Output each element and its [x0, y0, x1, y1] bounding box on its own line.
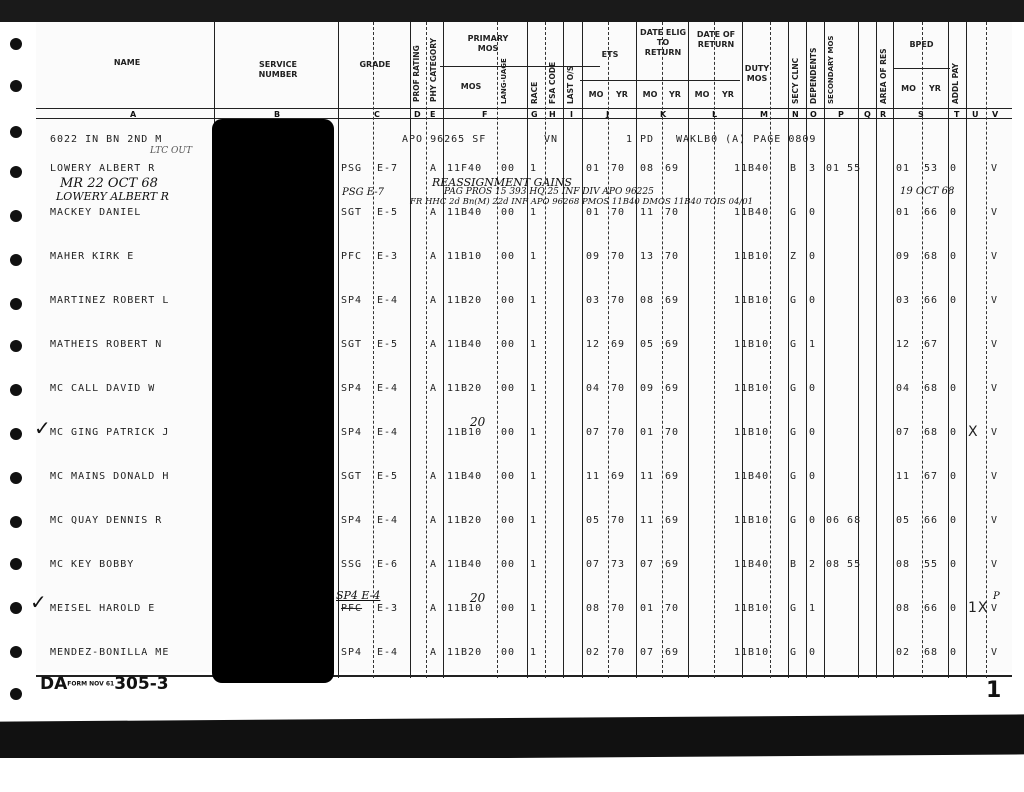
row-dependents: 0	[809, 515, 816, 526]
row-elig-mo: 01	[640, 603, 654, 614]
row-name: MC MAINS DONALD H	[50, 471, 169, 482]
row-paygrade: E-6	[377, 559, 398, 570]
row-v: V	[991, 647, 998, 658]
row-elig-yr: 69	[665, 339, 679, 350]
row-secondary-mos: 01 55	[826, 163, 861, 174]
row-grade: SP4	[341, 383, 362, 394]
handwritten-name: LOWERY ALBERT R	[56, 190, 169, 203]
row-ets-mo: 05	[586, 515, 600, 526]
row-elig-mo: 05	[640, 339, 654, 350]
row-language: 00	[501, 559, 515, 570]
unit-apo: APO 96265 SF	[402, 134, 486, 145]
row-dependents: 2	[809, 559, 816, 570]
row-v: V	[991, 559, 998, 570]
row-bped-yr: 67	[924, 339, 938, 350]
row-grade: SGT	[341, 471, 362, 482]
row-bped-yr: 67	[924, 471, 938, 482]
row-dependents: 1	[809, 339, 816, 350]
col-letter: S	[918, 110, 924, 119]
header-elig-yr: YR	[662, 90, 688, 100]
col-letter: U	[972, 110, 979, 119]
col-letter: R	[880, 110, 886, 119]
row-mark: 1X	[968, 600, 989, 616]
row-paygrade: E-4	[377, 383, 398, 394]
page-number: 1	[986, 678, 1001, 703]
row-paygrade: E-5	[377, 207, 398, 218]
row-dependents: 0	[809, 471, 816, 482]
punch-hole	[10, 602, 22, 614]
row-elig-yr: 70	[665, 251, 679, 262]
header-date-of-return: DATE OF RETURN	[690, 30, 742, 50]
row-language: 00	[501, 603, 515, 614]
row-duty-mos: 11B40	[734, 471, 769, 482]
row-paygrade: E-5	[377, 471, 398, 482]
row-grade: SGT	[341, 207, 362, 218]
header-mos: MOS	[446, 82, 496, 92]
row-elig-yr: 70	[665, 603, 679, 614]
row-ets-mo: 04	[586, 383, 600, 394]
row-duty-mos: 11B40	[734, 163, 769, 174]
row-secondary-mos: 06 68	[826, 515, 861, 526]
row-bped-mo: 09	[896, 251, 910, 262]
punch-hole	[10, 558, 22, 570]
row-bped-mo: 01	[896, 163, 910, 174]
row-ets-mo: 07	[586, 427, 600, 438]
header-name: NAME	[40, 58, 214, 68]
row-race: 1	[530, 251, 537, 262]
header-race: RACE	[530, 74, 539, 104]
row-bped-mo: 02	[896, 647, 910, 658]
row-secy-clnc: G	[790, 603, 797, 614]
punch-hole	[10, 126, 22, 138]
row-addl-pay: 0	[950, 207, 957, 218]
row-addl-pay: 0	[950, 647, 957, 658]
row-elig-yr: 70	[665, 207, 679, 218]
row-dependents: 0	[809, 295, 816, 306]
row-elig-mo: 07	[640, 647, 654, 658]
row-dependents: 0	[809, 207, 816, 218]
row-paygrade: E-4	[377, 427, 398, 438]
row-mos: 11B20	[447, 647, 482, 658]
header-date-elig-return: DATE ELIG TO RETURN	[638, 28, 688, 58]
row-bped-mo: 11	[896, 471, 910, 482]
row-name: MARTINEZ ROBERT L	[50, 295, 169, 306]
row-race: 1	[530, 603, 537, 614]
row-duty-mos: 11B10	[734, 427, 769, 438]
checkmark-icon: ✓	[34, 416, 51, 440]
header-secondary-mos: SECONDARY MOS	[827, 38, 835, 104]
row-grade: PFC	[341, 251, 362, 262]
row-mos: 11F40	[447, 163, 482, 174]
row-bped-mo: 04	[896, 383, 910, 394]
header-secy-clnc: SECY CLNC	[791, 36, 800, 104]
row-phy-category: A	[430, 339, 437, 350]
row-bped-mo: 01	[896, 207, 910, 218]
header-ets-mo: MO	[584, 90, 608, 100]
row-duty-mos: 11B10	[734, 603, 769, 614]
unit-station-page: WAKLB0 (A) PAGE 0809	[676, 134, 816, 145]
row-bped-mo: 07	[896, 427, 910, 438]
row-bped-yr: 68	[924, 647, 938, 658]
row-name: MC CALL DAVID W	[50, 383, 155, 394]
form-small-print: FORM NOV 61	[67, 681, 114, 688]
row-race: 1	[530, 427, 537, 438]
handwritten-line3: FR HHC 2d Bn(M) 22d INF APO 96268 PMOS 1…	[410, 197, 753, 207]
row-mos: 11B40	[447, 471, 482, 482]
row-elig-yr: 69	[665, 163, 679, 174]
row-language: 00	[501, 427, 515, 438]
punch-hole	[10, 472, 22, 484]
header-duty-mos: DUTY MOS	[744, 64, 770, 84]
handwritten-mos-correction: 20	[470, 591, 485, 605]
row-secy-clnc: G	[790, 207, 797, 218]
header-grade: GRADE	[340, 60, 410, 70]
col-letter: G	[531, 110, 538, 119]
row-addl-pay: 0	[950, 163, 957, 174]
row-ets-mo: 01	[586, 163, 600, 174]
row-grade: SGT	[341, 339, 362, 350]
form-number: 305-3	[114, 674, 168, 694]
scan-bottom-border	[0, 714, 1024, 761]
row-elig-mo: 11	[640, 515, 654, 526]
row-language: 00	[501, 207, 515, 218]
row-name: MATHEIS ROBERT N	[50, 339, 162, 350]
row-race: 1	[530, 339, 537, 350]
col-letter: F	[482, 110, 487, 119]
row-name: MEISEL HAROLD E	[50, 603, 155, 614]
row-paygrade: E-3	[377, 251, 398, 262]
col-letter: J	[606, 110, 609, 119]
row-phy-category: A	[430, 207, 437, 218]
row-addl-pay: 0	[950, 471, 957, 482]
header-addl-pay: ADDL PAY	[951, 56, 960, 104]
header-last-os: LAST O/S	[566, 54, 575, 104]
row-secy-clnc: G	[790, 295, 797, 306]
row-language: 00	[501, 251, 515, 262]
row-addl-pay: 0	[950, 295, 957, 306]
row-dependents: 0	[809, 427, 816, 438]
primary-mos-rule	[440, 66, 600, 67]
row-secondary-mos: 08 55	[826, 559, 861, 570]
scan-margin	[0, 758, 1024, 792]
row-ets-yr: 70	[611, 163, 625, 174]
header-elig-mo: MO	[638, 90, 662, 100]
row-v: V	[991, 427, 998, 438]
row-secy-clnc: B	[790, 559, 797, 570]
row-paygrade: E-7	[377, 163, 398, 174]
row-secy-clnc: B	[790, 163, 797, 174]
row-name: MACKEY DANIEL	[50, 207, 141, 218]
redaction-block	[212, 119, 334, 683]
row-mos: 11B40	[447, 339, 482, 350]
row-v: V	[991, 295, 998, 306]
col-letter: M	[760, 110, 768, 119]
row-race: 1	[530, 295, 537, 306]
row-language: 00	[501, 383, 515, 394]
row-duty-mos: 11B10	[734, 383, 769, 394]
scan-top-border	[0, 0, 1024, 22]
row-addl-pay: 0	[950, 603, 957, 614]
row-name: MC KEY BOBBY	[50, 559, 134, 570]
row-elig-yr: 69	[665, 515, 679, 526]
row-bped-yr: 68	[924, 427, 938, 438]
row-name: MAHER KIRK E	[50, 251, 134, 262]
row-v: V	[991, 207, 998, 218]
col-letter: K	[660, 110, 666, 119]
row-phy-category: A	[430, 515, 437, 526]
row-language: 00	[501, 647, 515, 658]
handwritten-mr-date: MR 22 OCT 68	[60, 176, 158, 191]
row-secy-clnc: G	[790, 647, 797, 658]
col-letter: B	[274, 110, 280, 119]
punch-hole	[10, 340, 22, 352]
header-ets-yr: YR	[608, 90, 636, 100]
row-secy-clnc: G	[790, 383, 797, 394]
row-ets-yr: 70	[611, 383, 625, 394]
punch-hole	[10, 38, 22, 50]
row-race: 1	[530, 163, 537, 174]
unit-code: 1 PD	[626, 134, 654, 145]
row-name: MC GING PATRICK J	[50, 427, 169, 438]
row-bped-mo: 08	[896, 559, 910, 570]
row-duty-mos: 11B10	[734, 251, 769, 262]
punch-hole	[10, 688, 22, 700]
row-addl-pay: 0	[950, 251, 957, 262]
row-mos: 11B40	[447, 207, 482, 218]
header-return-mo: MO	[690, 90, 714, 100]
row-dependents: 3	[809, 163, 816, 174]
handwritten-grade-correction: SP4 E-4	[336, 589, 380, 602]
handwritten-line2: PAG PROS 15 393 HQ 25 INF DIV APO 96225	[444, 187, 654, 197]
col-letter: L	[712, 110, 717, 119]
header-rule	[36, 108, 1012, 109]
header-dependents: DEPENDENTS	[809, 40, 818, 104]
row-dependents: 0	[809, 383, 816, 394]
row-grade: PFC	[341, 603, 362, 614]
row-race: 1	[530, 207, 537, 218]
header-bped-mo: MO	[895, 84, 922, 94]
row-elig-yr: 70	[665, 427, 679, 438]
form-prefix: DA	[40, 674, 67, 694]
col-letter: V	[992, 110, 998, 119]
row-bped-yr: 55	[924, 559, 938, 570]
row-duty-mos: 11B10	[734, 339, 769, 350]
row-elig-yr: 69	[665, 295, 679, 306]
row-race: 1	[530, 471, 537, 482]
row-ets-yr: 70	[611, 207, 625, 218]
row-phy-category: A	[430, 603, 437, 614]
punch-hole	[10, 254, 22, 266]
row-phy-category: A	[430, 163, 437, 174]
row-elig-mo: 08	[640, 295, 654, 306]
row-language: 00	[501, 163, 515, 174]
row-bped-yr: 68	[924, 251, 938, 262]
punch-hole	[10, 384, 22, 396]
punch-hole	[10, 210, 22, 222]
row-secy-clnc: G	[790, 339, 797, 350]
row-elig-mo: 09	[640, 383, 654, 394]
row-v: V	[991, 163, 998, 174]
row-bped-mo: 08	[896, 603, 910, 614]
header-prof-rating: PROF RATING	[412, 30, 421, 102]
punch-hole	[10, 428, 22, 440]
col-letter: D	[414, 110, 421, 119]
row-addl-pay: 0	[950, 427, 957, 438]
row-grade: PSG	[341, 163, 362, 174]
col-letter: Q	[864, 110, 871, 119]
header-bped-yr: YR	[922, 84, 948, 94]
row-ets-yr: 73	[611, 559, 625, 570]
row-bped-mo: 12	[896, 339, 910, 350]
row-addl-pay: 0	[950, 515, 957, 526]
header-service-number: SERVICE NUMBER	[240, 60, 316, 80]
row-phy-category: A	[430, 471, 437, 482]
row-name: MENDEZ-BONILLA ME	[50, 647, 169, 658]
col-letter: N	[792, 110, 799, 119]
row-elig-mo: 08	[640, 163, 654, 174]
row-addl-pay: 0	[950, 559, 957, 570]
header-fsa-code: FSA CODE	[548, 52, 557, 104]
row-mos: 11B40	[447, 559, 482, 570]
row-phy-category: A	[430, 295, 437, 306]
row-elig-mo: 11	[640, 471, 654, 482]
row-ets-mo: 01	[586, 207, 600, 218]
row-ets-mo: 03	[586, 295, 600, 306]
col-letter: T	[954, 110, 959, 119]
row-addl-pay: 0	[950, 383, 957, 394]
row-ets-yr: 69	[611, 471, 625, 482]
row-v: V	[991, 339, 998, 350]
row-grade: SSG	[341, 559, 362, 570]
mo-yr-rule	[580, 80, 740, 81]
row-dependents: 0	[809, 647, 816, 658]
row-name: MC QUAY DENNIS R	[50, 515, 162, 526]
row-ets-yr: 70	[611, 647, 625, 658]
row-race: 1	[530, 559, 537, 570]
row-bped-mo: 03	[896, 295, 910, 306]
row-mark: X	[968, 424, 979, 440]
row-v: V	[991, 515, 998, 526]
col-letter: A	[130, 110, 136, 119]
row-ets-yr: 70	[611, 427, 625, 438]
row-bped-mo: 05	[896, 515, 910, 526]
handwritten-date: 19 OCT 68	[900, 186, 954, 197]
header-area-of-res: AREA OF RES	[879, 40, 888, 104]
row-elig-mo: 01	[640, 427, 654, 438]
row-bped-yr: 66	[924, 515, 938, 526]
col-letter: C	[374, 110, 380, 119]
row-bped-yr: 66	[924, 603, 938, 614]
row-paygrade: E-4	[377, 647, 398, 658]
row-ets-yr: 69	[611, 339, 625, 350]
row-grade: SP4	[341, 427, 362, 438]
row-bped-yr: 53	[924, 163, 938, 174]
row-bped-yr: 66	[924, 295, 938, 306]
row-duty-mos: 11B10	[734, 515, 769, 526]
row-mos: 11B10	[447, 251, 482, 262]
row-dependents: 0	[809, 251, 816, 262]
header-language: LANG-UAGE	[500, 70, 508, 104]
handwritten-mos-correction: 20	[470, 415, 485, 429]
row-bped-yr: 68	[924, 383, 938, 394]
punch-hole	[10, 646, 22, 658]
unit-handwritten-note: LTC OUT	[150, 146, 192, 156]
row-bped-yr: 66	[924, 207, 938, 218]
row-secy-clnc: G	[790, 515, 797, 526]
row-language: 00	[501, 515, 515, 526]
col-letter: H	[549, 110, 556, 119]
row-ets-mo: 02	[586, 647, 600, 658]
col-letter: O	[810, 110, 817, 119]
row-race: 1	[530, 647, 537, 658]
row-duty-mos: 11B40	[734, 559, 769, 570]
punch-hole	[10, 298, 22, 310]
row-phy-category: A	[430, 383, 437, 394]
col-letter: P	[838, 110, 844, 119]
row-ets-mo: 09	[586, 251, 600, 262]
row-duty-mos: 11B10	[734, 295, 769, 306]
handwritten-grade: PSG E-7	[342, 187, 384, 198]
row-ets-mo: 08	[586, 603, 600, 614]
row-language: 00	[501, 339, 515, 350]
header-primary-mos: PRIMARY MOS	[458, 34, 518, 54]
row-elig-yr: 69	[665, 647, 679, 658]
handwritten-mark-note: P	[993, 591, 1000, 602]
punch-hole	[10, 80, 22, 92]
row-elig-mo: 07	[640, 559, 654, 570]
row-paygrade: E-4	[377, 295, 398, 306]
row-secy-clnc: Z	[790, 251, 797, 262]
header-return-yr: YR	[714, 90, 742, 100]
row-mos: 11B20	[447, 515, 482, 526]
roster-sheet	[36, 22, 1012, 672]
row-ets-yr: 70	[611, 515, 625, 526]
row-ets-mo: 07	[586, 559, 600, 570]
punch-hole	[10, 516, 22, 528]
checkmark-icon: ✓	[30, 590, 47, 614]
row-paygrade: E-5	[377, 339, 398, 350]
row-elig-mo: 13	[640, 251, 654, 262]
header-phy-category: PHY CATEGORY	[429, 28, 438, 102]
row-phy-category: A	[430, 647, 437, 658]
row-ets-mo: 11	[586, 471, 600, 482]
row-race: 1	[530, 383, 537, 394]
row-duty-mos: 11B40	[734, 207, 769, 218]
row-v: V	[991, 603, 998, 614]
col-letter: I	[570, 110, 573, 119]
row-elig-mo: 11	[640, 207, 654, 218]
row-phy-category: A	[430, 559, 437, 570]
unit-country: VN	[544, 134, 558, 145]
row-dependents: 1	[809, 603, 816, 614]
row-v: V	[991, 383, 998, 394]
header-ets: ETS	[584, 50, 636, 60]
form-identifier: DAFORM NOV 61305-3	[40, 674, 169, 694]
header-bped: BPED	[895, 40, 948, 50]
row-name: LOWERY ALBERT R	[50, 163, 155, 174]
row-language: 00	[501, 295, 515, 306]
row-language: 00	[501, 471, 515, 482]
row-paygrade: E-4	[377, 515, 398, 526]
punch-hole	[10, 166, 22, 178]
unit-designation: 6022 IN BN 2ND M	[50, 134, 162, 145]
row-grade: SP4	[341, 647, 362, 658]
row-paygrade: E-3	[377, 603, 398, 614]
row-v: V	[991, 251, 998, 262]
row-elig-yr: 69	[665, 383, 679, 394]
row-v: V	[991, 471, 998, 482]
row-ets-mo: 12	[586, 339, 600, 350]
